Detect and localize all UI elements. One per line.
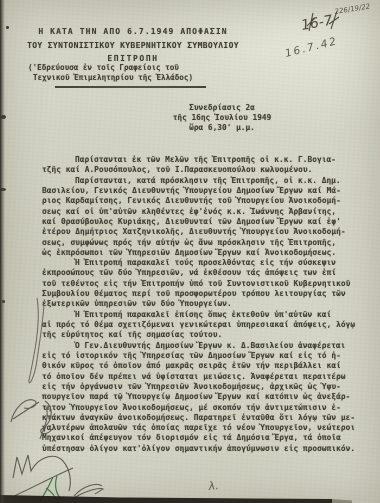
body-line: σεως καί οἱ ὑπ'αὐτῶν κληθέντες ἐφ'ἑνός κ… [42,207,366,217]
handwritten-date-note: 16.7.42 [284,35,339,60]
parenthetical-line-1: ('Εδρεύουσα ἐν τοῖς Γραφείοις τοῦ [28,63,193,73]
body-line: τητον Ὑπουργεῖον Ἀνοικοδομήσεως, μέ σκοπ… [42,403,366,413]
document-header: Η ΚΑΤΑ ΤΗΝ ΑΠΟ 6.7.1949 ΑΠΟΦΑΣΙΝ ΤΟΥ ΣΥΝ… [10,25,256,66]
scan-edge-bottom [0,495,332,503]
pencil-scribble [11,400,39,422]
body-line: τζῆς καί Α.Ρουσόπουλος, τοῦ Ι.Παρασκευοπ… [42,165,366,175]
strike-mark [307,13,315,31]
header-line-2: ΤΟΥ ΣΥΝΤΟΝΙΣΤΙΚΟΥ ΚΥΒΕΡΝΗΤΙΚΟΥ ΣΥΜΒΟΥΛΙΟ… [10,39,256,53]
pencil-initials-scrawl [13,455,70,491]
scan-edge-left [0,0,5,503]
body-line: ριος Καρδαμίτσης, Γενικός Διευθυντής τοῦ… [42,196,366,206]
body-line: Παρίστανται ἐκ τῶν Μελῶν τῆς Ἐπιτροπῆς ο… [42,155,366,165]
session-number: Συνεδρίασις 2α [151,103,293,113]
header-parenthetical: ('Εδρεύουσα ἐν τοῖς Γραφείοις τοῦ Τεχνικ… [28,63,193,82]
body-line: Μηχανικοί ἀπέφευγον τόν διορισμόν εἰς τά… [42,433,366,443]
scan-edge-bottom-fade [332,499,352,503]
paper-speck [6,26,9,29]
body-line: ὡς ἐκπρόσωποι τῶν Ὑπηρεσιῶν Δημοσίων Ἔργ… [42,248,366,258]
session-time: ὥρα 6,30' μ.μ. [151,123,293,133]
body-line: ἐκπροσώπους τῶν δύο Ὑπηρεσιῶν, νά ἐκθέσο… [42,268,366,278]
body-line: εἰς τό ἱστορικόν τῆς Ὑπηρεσίας τῶν Δημοσ… [42,351,366,361]
body-lines: Παρίστανται ἐκ τῶν Μελῶν τῆς Ἐπιτροπῆς ο… [42,155,366,454]
body-line: γαλυτέρων ἀπολαυῶν τάς ὁποίας παρεῖχε τό… [42,423,366,433]
body-line: ἑτέρου Δημήτριος Χατζηνικολῆς, Διευθυντή… [42,227,366,237]
handwritten-reference-number: 226/19/22 [334,2,371,16]
body-line: σεως, συμφώνως πρός τήν αὐτήν ὡς ἄνω πρό… [42,238,366,248]
pencil-lambda-mark: λ. [207,479,219,493]
body-line: θικόν κῦρος τό ὁποῖον ἀπό μακρᾶς σειρᾶς … [42,361,366,371]
body-line: κτάκτων ἀναγκῶν ἀνοικοδομήσεως. Παρατηρε… [42,413,366,423]
session-date: τῆς 16ης Ἰουλίου 1949 [151,113,293,123]
body-line: ἐξωτερικῶν ὑπηρεσιῶν τῶν δύο Ὑπουργείων. [42,299,366,309]
body-line: Ὁ Γεν.Διευθυντής Δημοσίων Ἔργων κ. Δ.Βασ… [42,341,366,351]
body-line: Συμβουλίου θέματος περί τοῦ προσφορωτέρο… [42,289,366,299]
body-line: Βασιλείου, Γενικός Διευθυντής Ὑπουργείου… [42,186,366,196]
body-line: τό ὁποῖον δέν πρέπει νά ὑφίσταται μειώσε… [42,372,366,382]
parenthetical-line-2: Τεχνικοῦ Ἐπιμελητηρίου τῆς Ἑλλάδος) [28,73,193,83]
pencil-underline-stroke [12,468,73,497]
body-line: ὑπέστησαν ὀλίγον κατ'ὀλίγον σημαντικήν ἀ… [42,444,366,454]
body-line: τοῦ τεθέντος εἰς τήν Ἐπιτροπήν ὑπό τοῦ Σ… [42,279,366,289]
session-block: Συνεδρίασις 2α τῆς 16ης Ἰουλίου 1949 ὥρα… [151,103,293,133]
pencil-flourish [72,484,103,499]
body-line: Ἡ Ἐπιτροπή παρακαλεῖ τούς προσελθόντας ε… [42,258,366,268]
body-line: πουργεῖον παρά τῷ Ὑπουργείῳ Δημοσίων Ἔργ… [42,392,366,402]
body-line: τῆς εὐρύτητος καί τῆς σημασίας τούτου. [42,330,366,340]
scanned-document-page: Η ΚΑΤΑ ΤΗΝ ΑΠΟ 6.7.1949 ΑΠΟΦΑΣΙΝ ΤΟΥ ΣΥΝ… [0,0,380,503]
body-line: Ἡ Ἐπιτροπή παρακαλεῖ ἐπίσης ὅπως ἐκτεθοῦ… [42,310,366,320]
crossed-date-text: 16-7 [300,13,334,34]
strike-mark [329,11,339,29]
body-line: εἰς τήν ὀργάνωσιν τῶν Ὑπηρεσιῶν Ἀνοικοδο… [42,382,366,392]
green-ink-mark [40,476,61,503]
body-line: καί Θρασύβουλος Κυριάκης, Διευθυνταί τῶν… [42,217,366,227]
handwritten-crossed-date: 16-7 [300,11,339,34]
body-line: αἱ πρός τό θέμα σχετιζόμεναι γενικώτεραι… [42,320,366,330]
body-line: Παρίστανται, κατά πρόσκλησιν τῆς Ἐπιτροπ… [42,176,366,186]
underline-rule [55,86,206,88]
header-line-1: Η ΚΑΤΑ ΤΗΝ ΑΠΟ 6.7.1949 ΑΠΟΦΑΣΙΝ [10,25,256,39]
